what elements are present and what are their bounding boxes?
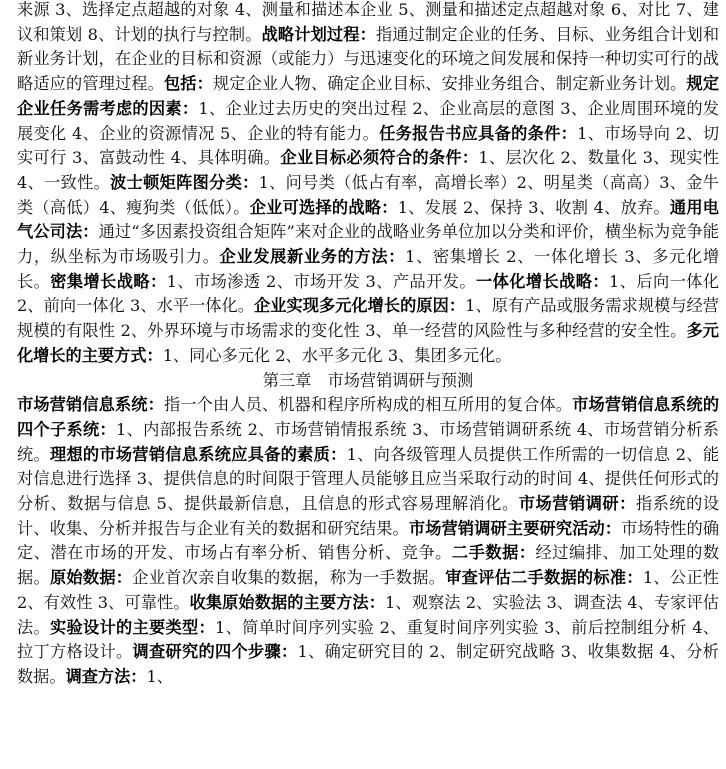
term-label: 市场营销信息系统： bbox=[17, 395, 164, 414]
definition-text: 1、同心多元化 2、水平多元化 3、集团多元化。 bbox=[163, 346, 512, 365]
term-label: 审查评估二手数据的标准： bbox=[445, 568, 643, 587]
definition-text: 1、 bbox=[147, 667, 174, 686]
document-page: 来源 3、选择定点超越的对象 4、测量和描述本企业 5、测量和描述定点超越对象 … bbox=[17, 0, 719, 690]
definition-text: 1、市场渗透 2、市场开发 3、产品开发。 bbox=[167, 272, 476, 291]
term-label: 调查研究的四个步骤： bbox=[133, 642, 298, 661]
term-label: 密集增长战略： bbox=[50, 272, 166, 291]
term-label: 收集原始数据的主要方法： bbox=[190, 593, 385, 612]
term-label: 包括： bbox=[164, 74, 213, 93]
term-label: 理想的市场营销信息系统应具备的素质： bbox=[50, 445, 347, 464]
term-label: 市场营销调研： bbox=[519, 494, 636, 513]
chapter-heading: 第三章 市场营销调研与预测 bbox=[17, 369, 719, 394]
paragraph-strategic-planning: 来源 3、选择定点超越的对象 4、测量和描述本企业 5、测量和描述定点超越对象 … bbox=[17, 0, 719, 369]
definition-text: 规定企业人物、确定企业目标、安排业务组合、制定新业务计划。 bbox=[213, 74, 687, 93]
term-label: 波士顿矩阵图分类： bbox=[110, 173, 258, 192]
paragraph-marketing-research: 市场营销信息系统：指一个由人员、机器和程序所构成的相互所用的复合体。市场营销信息… bbox=[17, 393, 719, 689]
term-label: 企业目标必须符合的条件： bbox=[280, 148, 478, 167]
term-label: 二手数据： bbox=[452, 543, 536, 562]
term-label: 一体化增长战略： bbox=[476, 272, 609, 291]
term-label: 市场营销调研主要研究活动： bbox=[409, 519, 621, 538]
definition-text: 企业首次亲自收集的数据，称为一手数据。 bbox=[132, 568, 445, 587]
term-label: 原始数据： bbox=[50, 568, 132, 587]
definition-text: 1、发展 2、保持 3、收割 4、放弃。 bbox=[398, 198, 670, 217]
term-label: 企业可选择的战略： bbox=[250, 198, 398, 217]
term-label: 调查方法： bbox=[66, 667, 147, 686]
term-label: 战略计划过程： bbox=[262, 25, 376, 44]
term-label: 任务报告书应具备的条件： bbox=[379, 124, 577, 143]
term-label: 实验设计的主要类型： bbox=[50, 618, 215, 637]
term-label: 企业实现多元化增长的原因： bbox=[254, 296, 465, 315]
definition-text: 指一个由人员、机器和程序所构成的相互所用的复合体。 bbox=[164, 395, 572, 414]
term-label: 企业发展新业务的方法： bbox=[219, 247, 405, 266]
